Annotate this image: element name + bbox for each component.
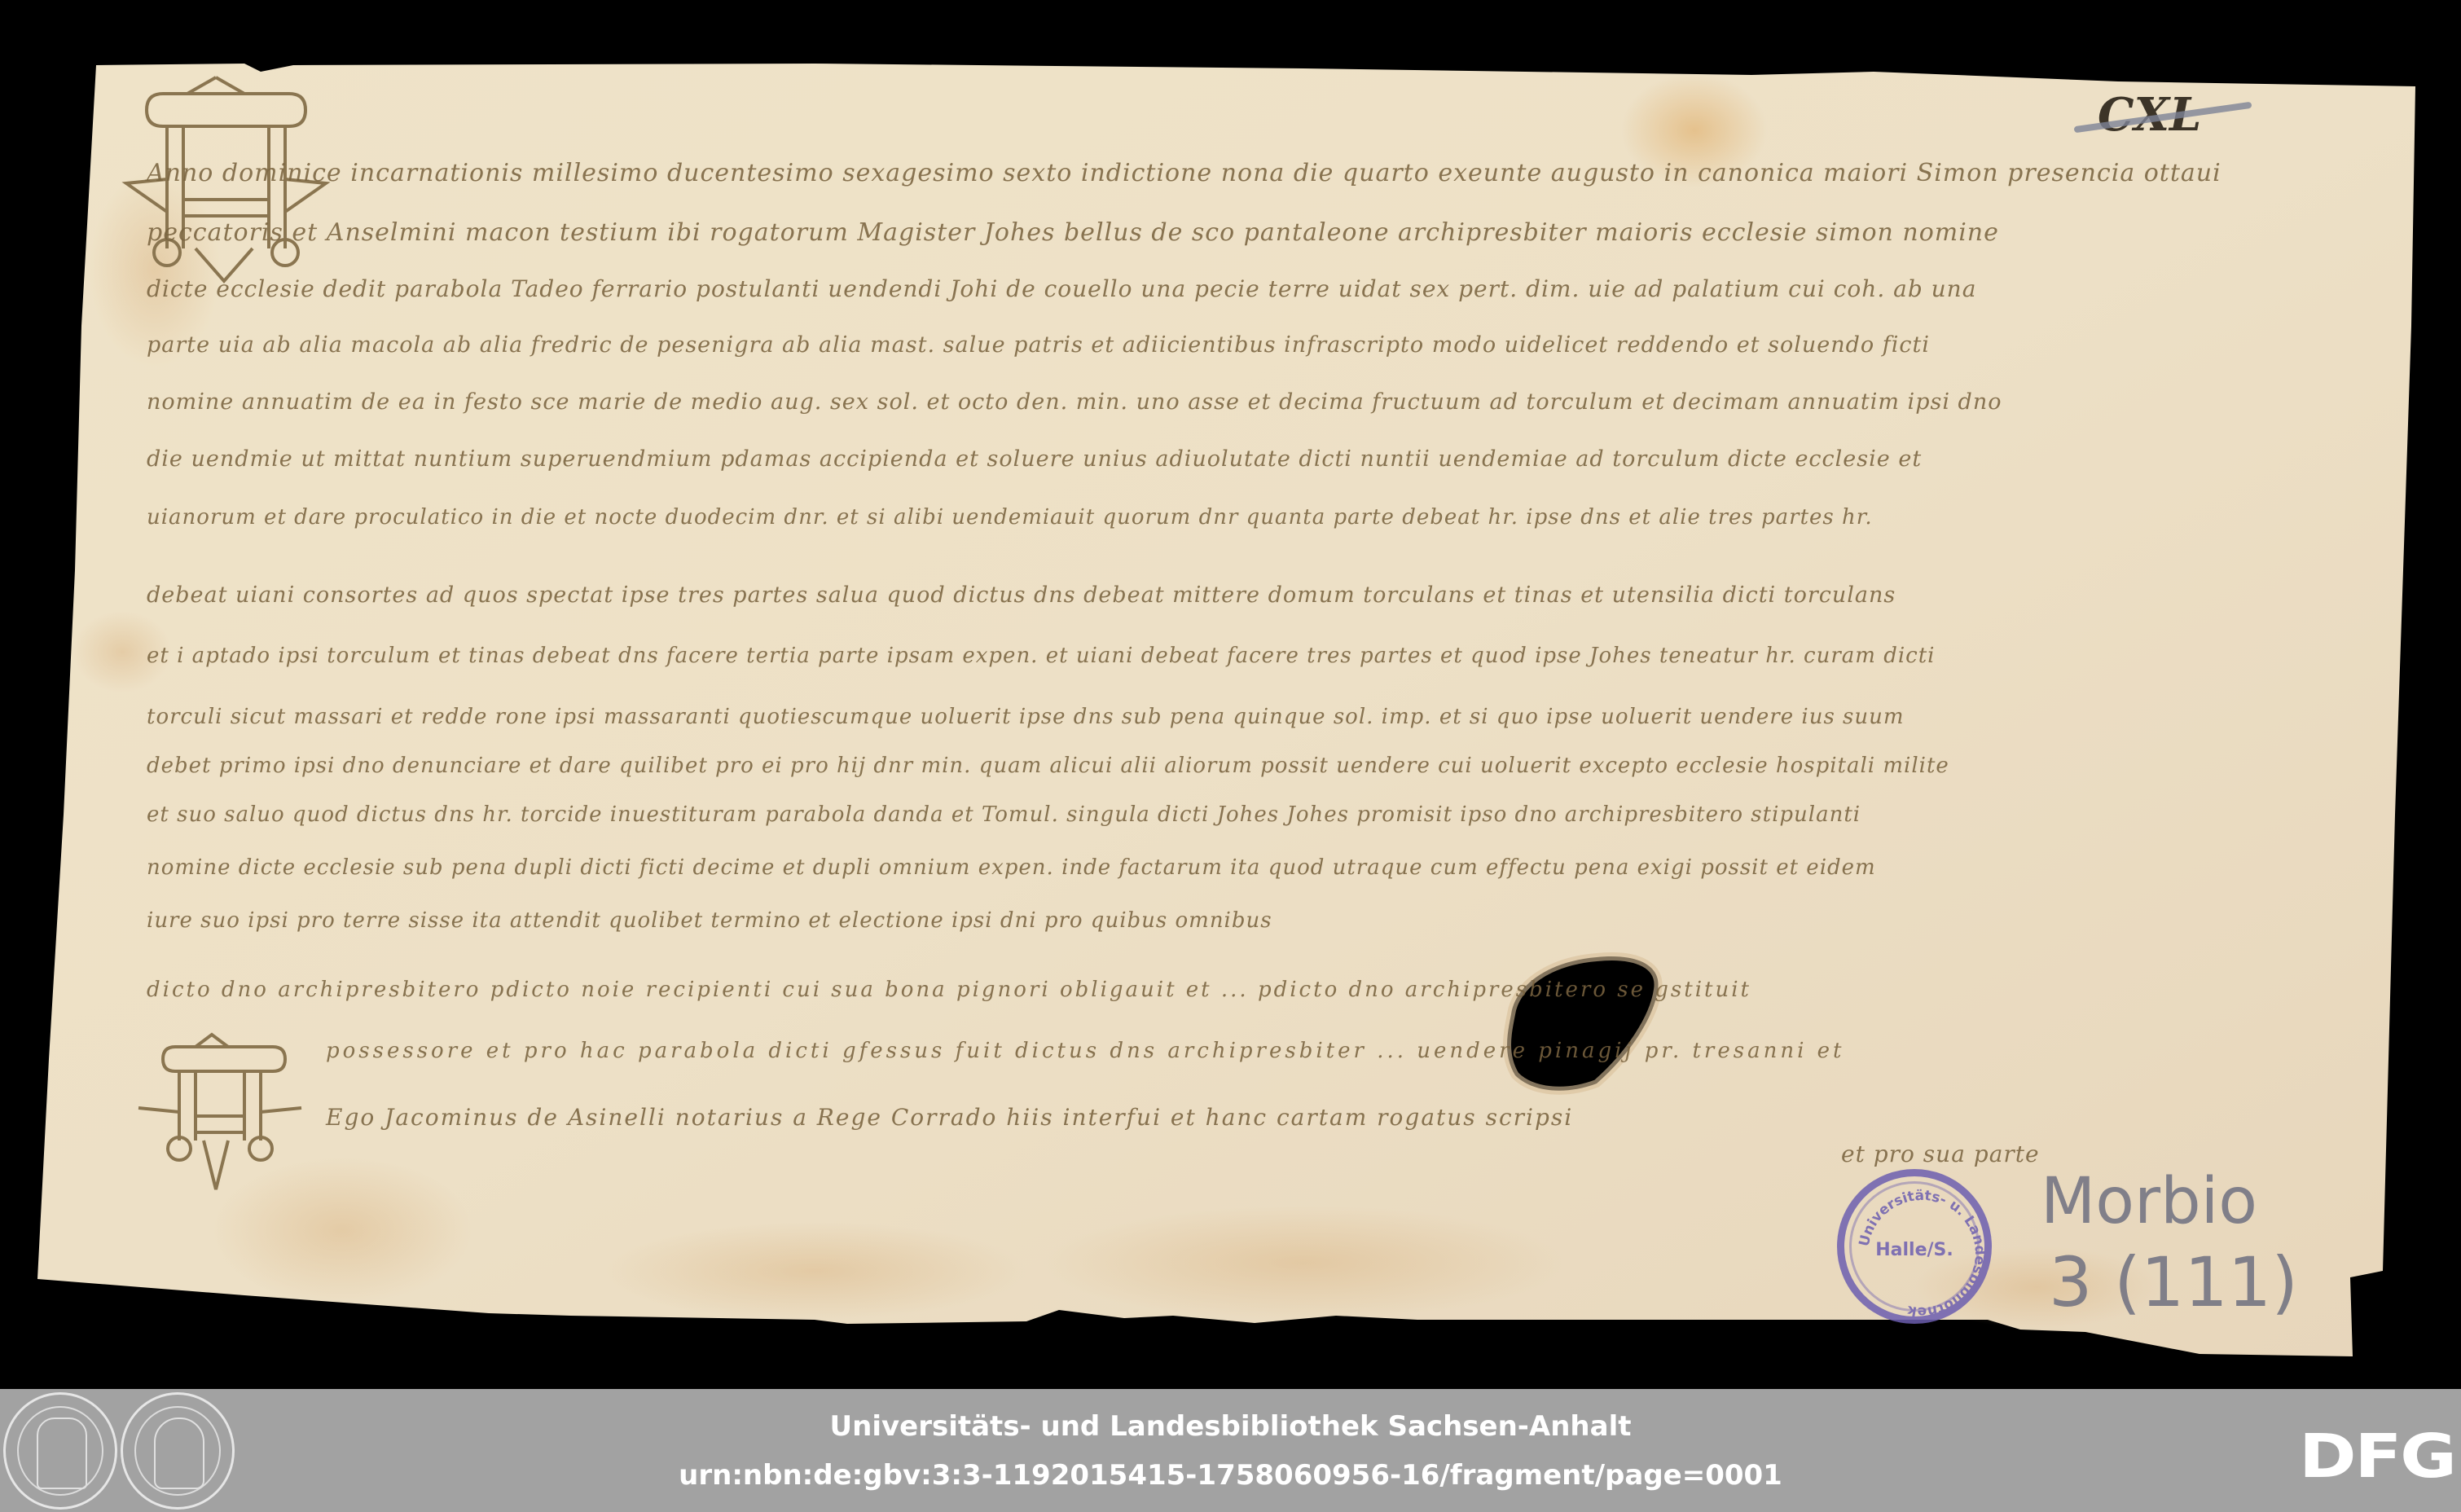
text-line: Ego Jacominus de Asinelli notarius a Reg… xyxy=(326,1104,1573,1131)
pencil-note-number: 3 (111) xyxy=(2049,1242,2298,1322)
text-line: parte uia ab alia macola ab alia fredric… xyxy=(147,332,1930,358)
text-line: Anno dominice incarnationis millesimo du… xyxy=(147,159,2221,187)
text-line: et i aptado ipsi torculum et tinas debea… xyxy=(147,644,1935,668)
text-line: dicto dno archipresbitero pdicto noie re… xyxy=(147,978,1751,1002)
text-line: nomine dicte ecclesie sub pena dupli dic… xyxy=(147,855,1876,880)
text-line: et suo saluo quod dictus dns hr. torcide… xyxy=(147,802,1861,827)
text-line: torculi sicut massari et redde rone ipsi… xyxy=(147,705,1905,729)
text-line: uianorum et dare proculatico in die et n… xyxy=(147,505,1873,530)
text-line: nomine annuatim de ea in festo sce marie… xyxy=(147,389,2002,415)
library-name: Universitäts- und Landesbibliothek Sachs… xyxy=(0,1410,2461,1443)
stamp-center-text: Halle/S. xyxy=(1844,1240,1984,1260)
footer-bar: Universitäts- und Landesbibliothek Sachs… xyxy=(0,1389,2461,1512)
text-line: debeat uiani consortes ad quos spectat i… xyxy=(147,582,1896,608)
text-line: possessore et pro hac parabola dicti gfe… xyxy=(326,1039,1845,1063)
dfg-logo: DFG xyxy=(2299,1422,2455,1492)
urn-identifier: urn:nbn:de:gbv:3:3-1192015415-1758060956… xyxy=(0,1459,2461,1492)
text-line: iure suo ipsi pro terre sisse ita attend… xyxy=(147,908,1272,933)
text-line: peccatoris et Anselmini macon testium ib… xyxy=(147,218,1999,247)
marginal-note: et pro sua parte xyxy=(1841,1141,2040,1167)
document-viewer: CXL Anno dominice incarnationis millesim… xyxy=(0,0,2461,1389)
text-line: die uendmie ut mittat nuntium superuendm… xyxy=(147,446,1922,472)
library-stamp: Universitäts- u. Landesbibliothek Halle/… xyxy=(1837,1169,1992,1324)
text-line: debet primo ipsi dno denunciare et dare … xyxy=(147,754,1949,778)
text-line: dicte ecclesie dedit parabola Tadeo ferr… xyxy=(147,275,1976,302)
pencil-note-locality: Morbio xyxy=(2041,1165,2257,1238)
